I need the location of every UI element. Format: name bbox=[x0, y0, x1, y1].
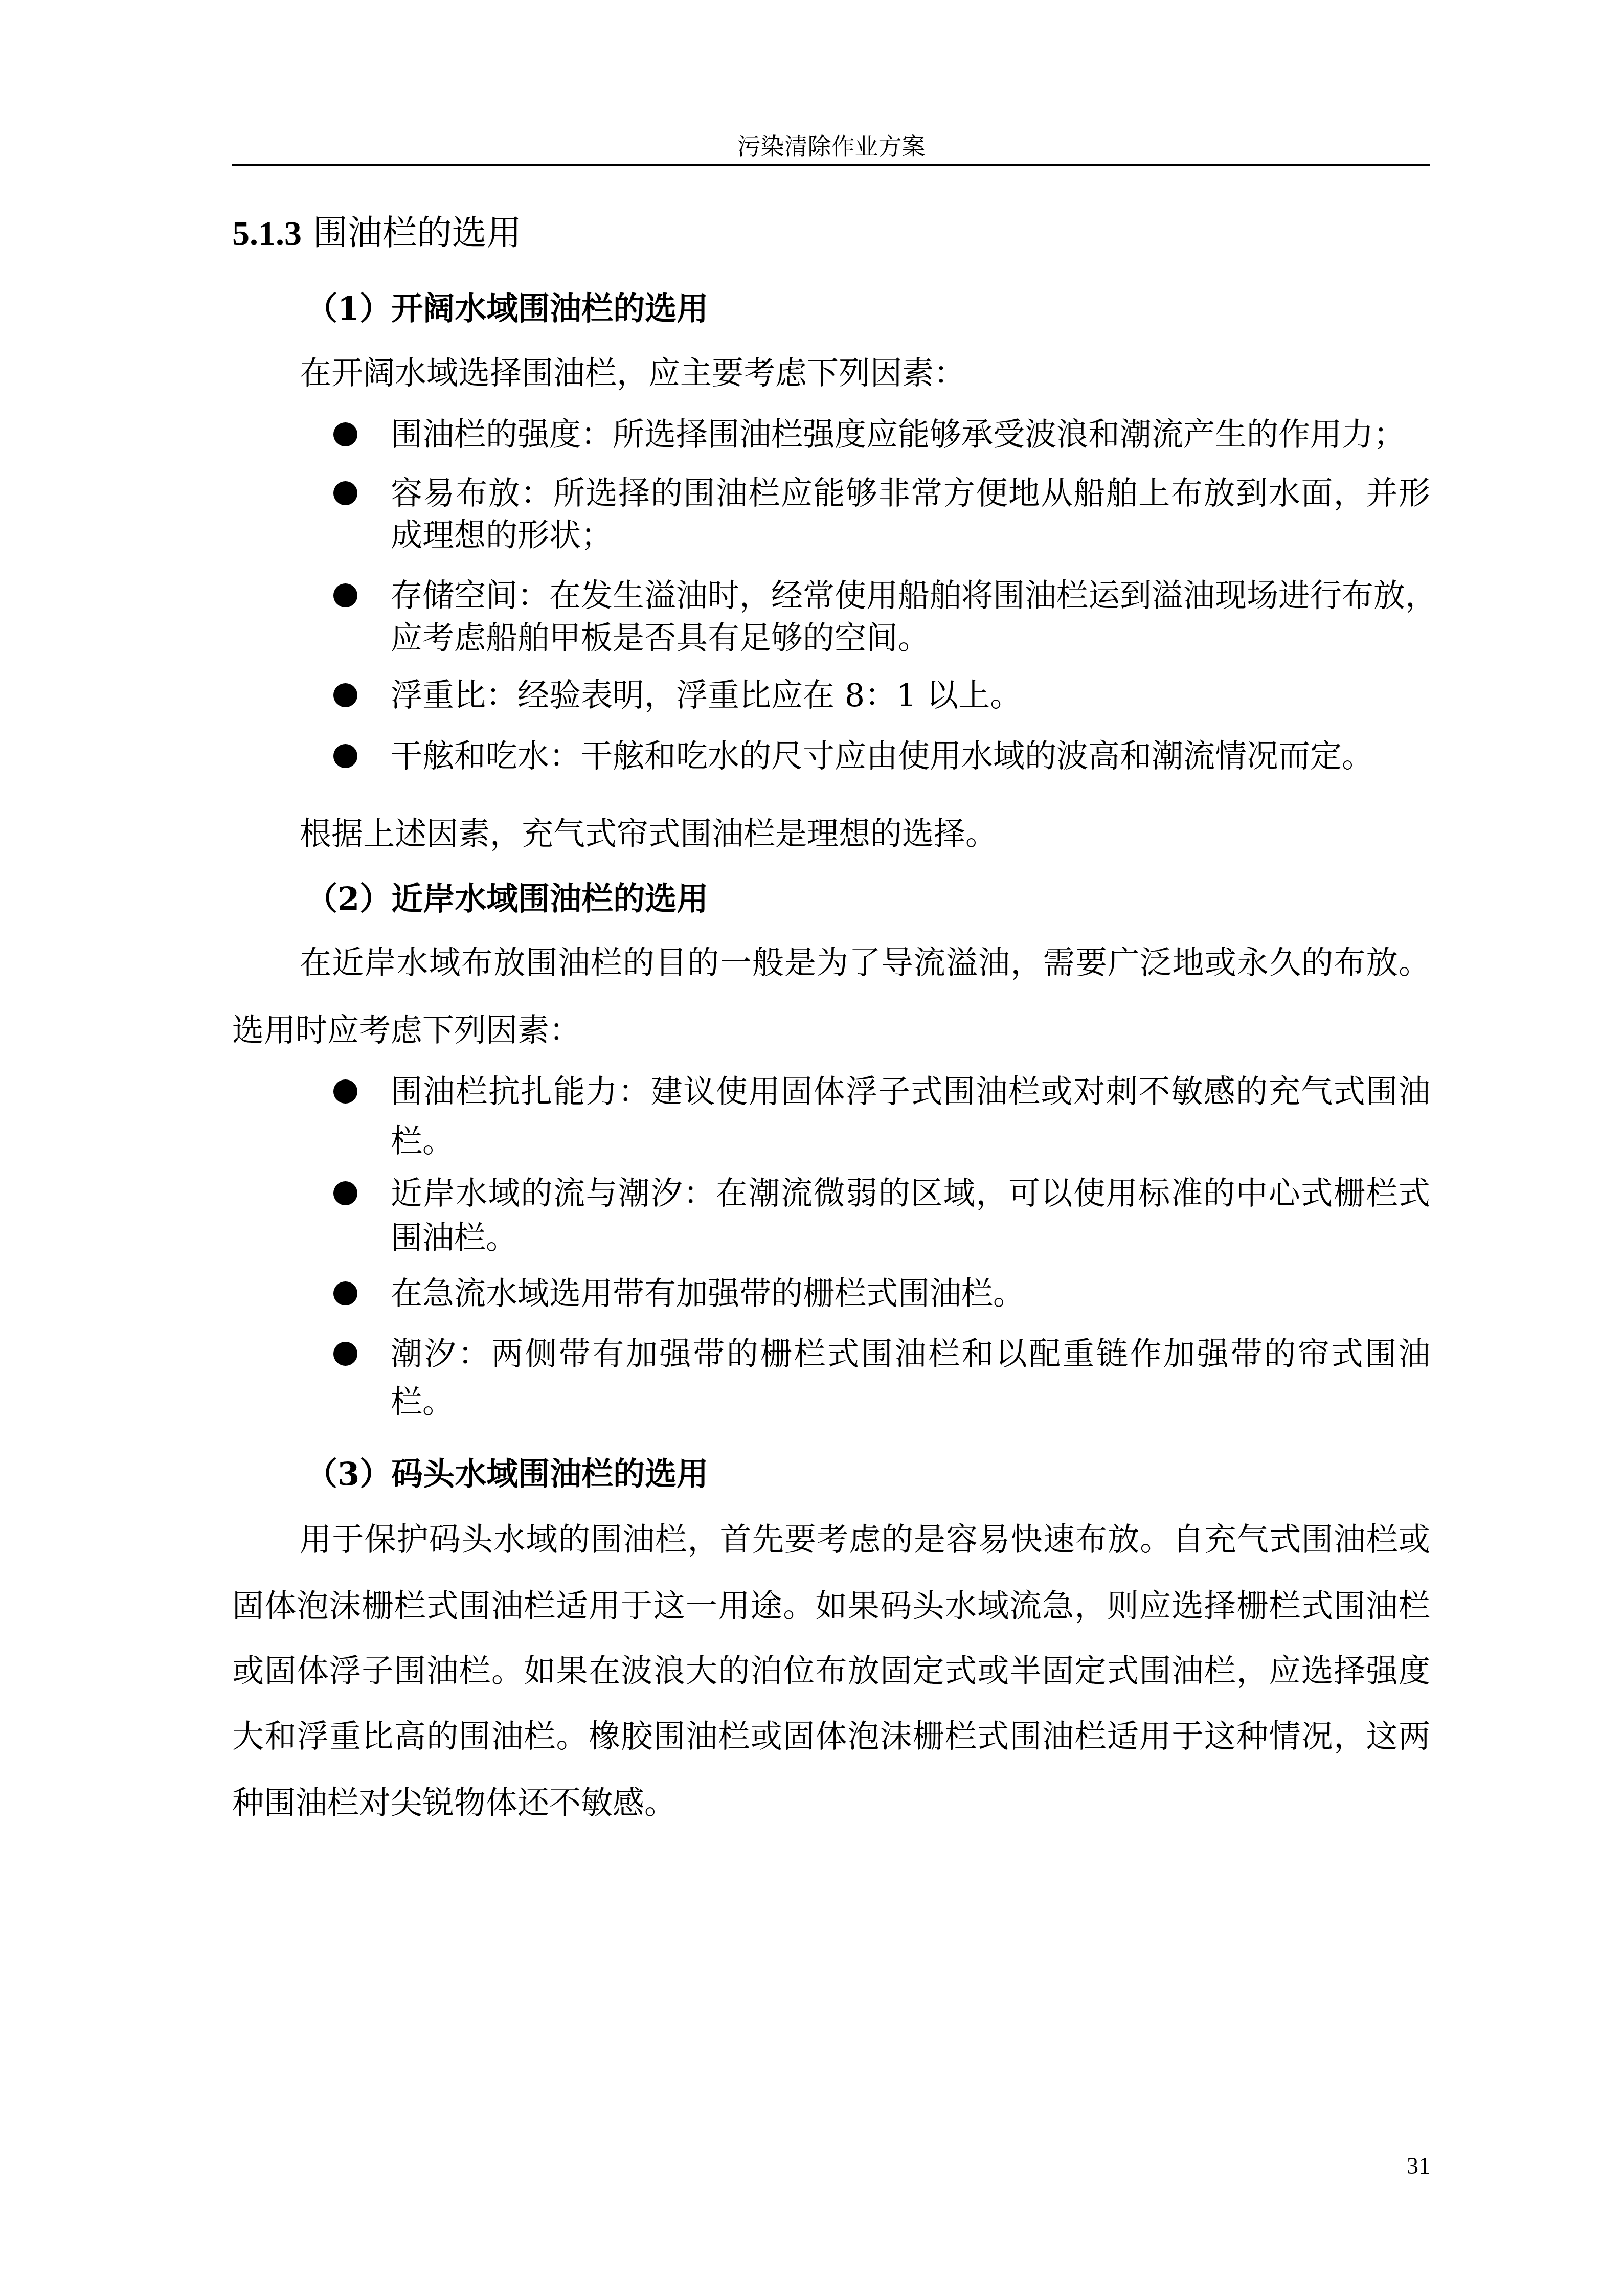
list-item-text-continued: 成理想的形状； bbox=[391, 517, 1430, 554]
section-number: 5.1.3 bbox=[232, 214, 302, 253]
list-item-text: 围油栏的强度：所选择围油栏强度应能够承受波浪和潮流产生的作用力； bbox=[391, 416, 1430, 453]
section-heading: 5.1.3 围油栏的选用 bbox=[232, 213, 522, 254]
subsection-heading-1: （1）开阔水域围油栏的选用 bbox=[306, 290, 708, 327]
bullet-icon bbox=[333, 683, 357, 707]
paragraph-line: 用于保护码头水域的围油栏，首先要考虑的是容易快速布放。自充气式围油栏或 bbox=[300, 1521, 1430, 1558]
subsection-1-intro: 在开阔水域选择围油栏，应主要考虑下列因素： bbox=[300, 355, 965, 392]
running-header-title: 污染清除作业方案 bbox=[232, 132, 1430, 161]
list-item-text-continued: 栏。 bbox=[391, 1384, 1430, 1421]
subsection-heading-3: （3）码头水域围油栏的选用 bbox=[306, 1456, 708, 1493]
list-item-text: 潮汐：两侧带有加强带的栅栏式围油栏和以配重链作加强带的帘式围油 bbox=[391, 1336, 1430, 1372]
list-item-text: 容易布放：所选择的围油栏应能够非常方便地从船舶上布放到水面，并形 bbox=[391, 475, 1430, 512]
list-item-text: 浮重比：经验表明，浮重比应在 8：1 以上。 bbox=[391, 677, 1430, 714]
paragraph-line: 大和浮重比高的围油栏。橡胶围油栏或固体泡沫栅栏式围油栏适用于这种情况，这两 bbox=[232, 1718, 1430, 1755]
bullet-icon bbox=[333, 1342, 357, 1366]
bullet-icon bbox=[333, 583, 357, 607]
list-item-text-continued: 应考虑船舶甲板是否具有足够的空间。 bbox=[391, 620, 1430, 657]
paragraph-line: 种围油栏对尖锐物体还不敏感。 bbox=[232, 1785, 1430, 1821]
subsection-1-conclusion: 根据上述因素，充气式帘式围油栏是理想的选择。 bbox=[300, 816, 997, 852]
bullet-icon bbox=[333, 744, 357, 768]
list-item-text: 在急流水域选用带有加强带的栅栏式围油栏。 bbox=[391, 1275, 1430, 1312]
subsection-2-intro-line: 选用时应考虑下列因素： bbox=[232, 1012, 1430, 1049]
header-rule bbox=[232, 164, 1430, 166]
paragraph-line: 或固体浮子围油栏。如果在波浪大的泊位布放固定式或半固定式围油栏，应选择强度 bbox=[232, 1653, 1430, 1690]
page-number: 31 bbox=[1381, 2152, 1430, 2180]
list-item-text-continued: 栏。 bbox=[391, 1123, 1430, 1160]
list-item-text-continued: 围油栏。 bbox=[391, 1220, 1430, 1256]
subsection-heading-2: （2）近岸水域围油栏的选用 bbox=[306, 881, 708, 917]
bullet-icon bbox=[333, 1281, 357, 1305]
paragraph-line: 固体泡沫栅栏式围油栏适用于这一用途。如果码头水域流急，则应选择栅栏式围油栏 bbox=[232, 1588, 1430, 1625]
bullet-icon bbox=[333, 1079, 357, 1104]
list-item-text: 干舷和吃水：干舷和吃水的尺寸应由使用水域的波高和潮流情况而定。 bbox=[391, 738, 1430, 775]
list-item-text: 存储空间：在发生溢油时，经常使用船舶将围油栏运到溢油现场进行布放， bbox=[391, 577, 1430, 614]
list-item-text: 围油栏抗扎能力：建议使用固体浮子式围油栏或对刺不敏感的充气式围油 bbox=[391, 1073, 1430, 1110]
document-page: 污染清除作业方案 5.1.3 围油栏的选用 （1）开阔水域围油栏的选用 在开阔水… bbox=[0, 0, 1623, 2296]
bullet-icon bbox=[333, 422, 357, 446]
subsection-2-intro-line: 在近岸水域布放围油栏的目的一般是为了导流溢油，需要广泛地或永久的布放。 bbox=[300, 944, 1430, 981]
bullet-icon bbox=[333, 1181, 357, 1205]
section-title: 围油栏的选用 bbox=[313, 213, 522, 254]
bullet-icon bbox=[333, 481, 357, 505]
list-item-text: 近岸水域的流与潮汐：在潮流微弱的区域，可以使用标准的中心式栅栏式 bbox=[391, 1175, 1430, 1212]
